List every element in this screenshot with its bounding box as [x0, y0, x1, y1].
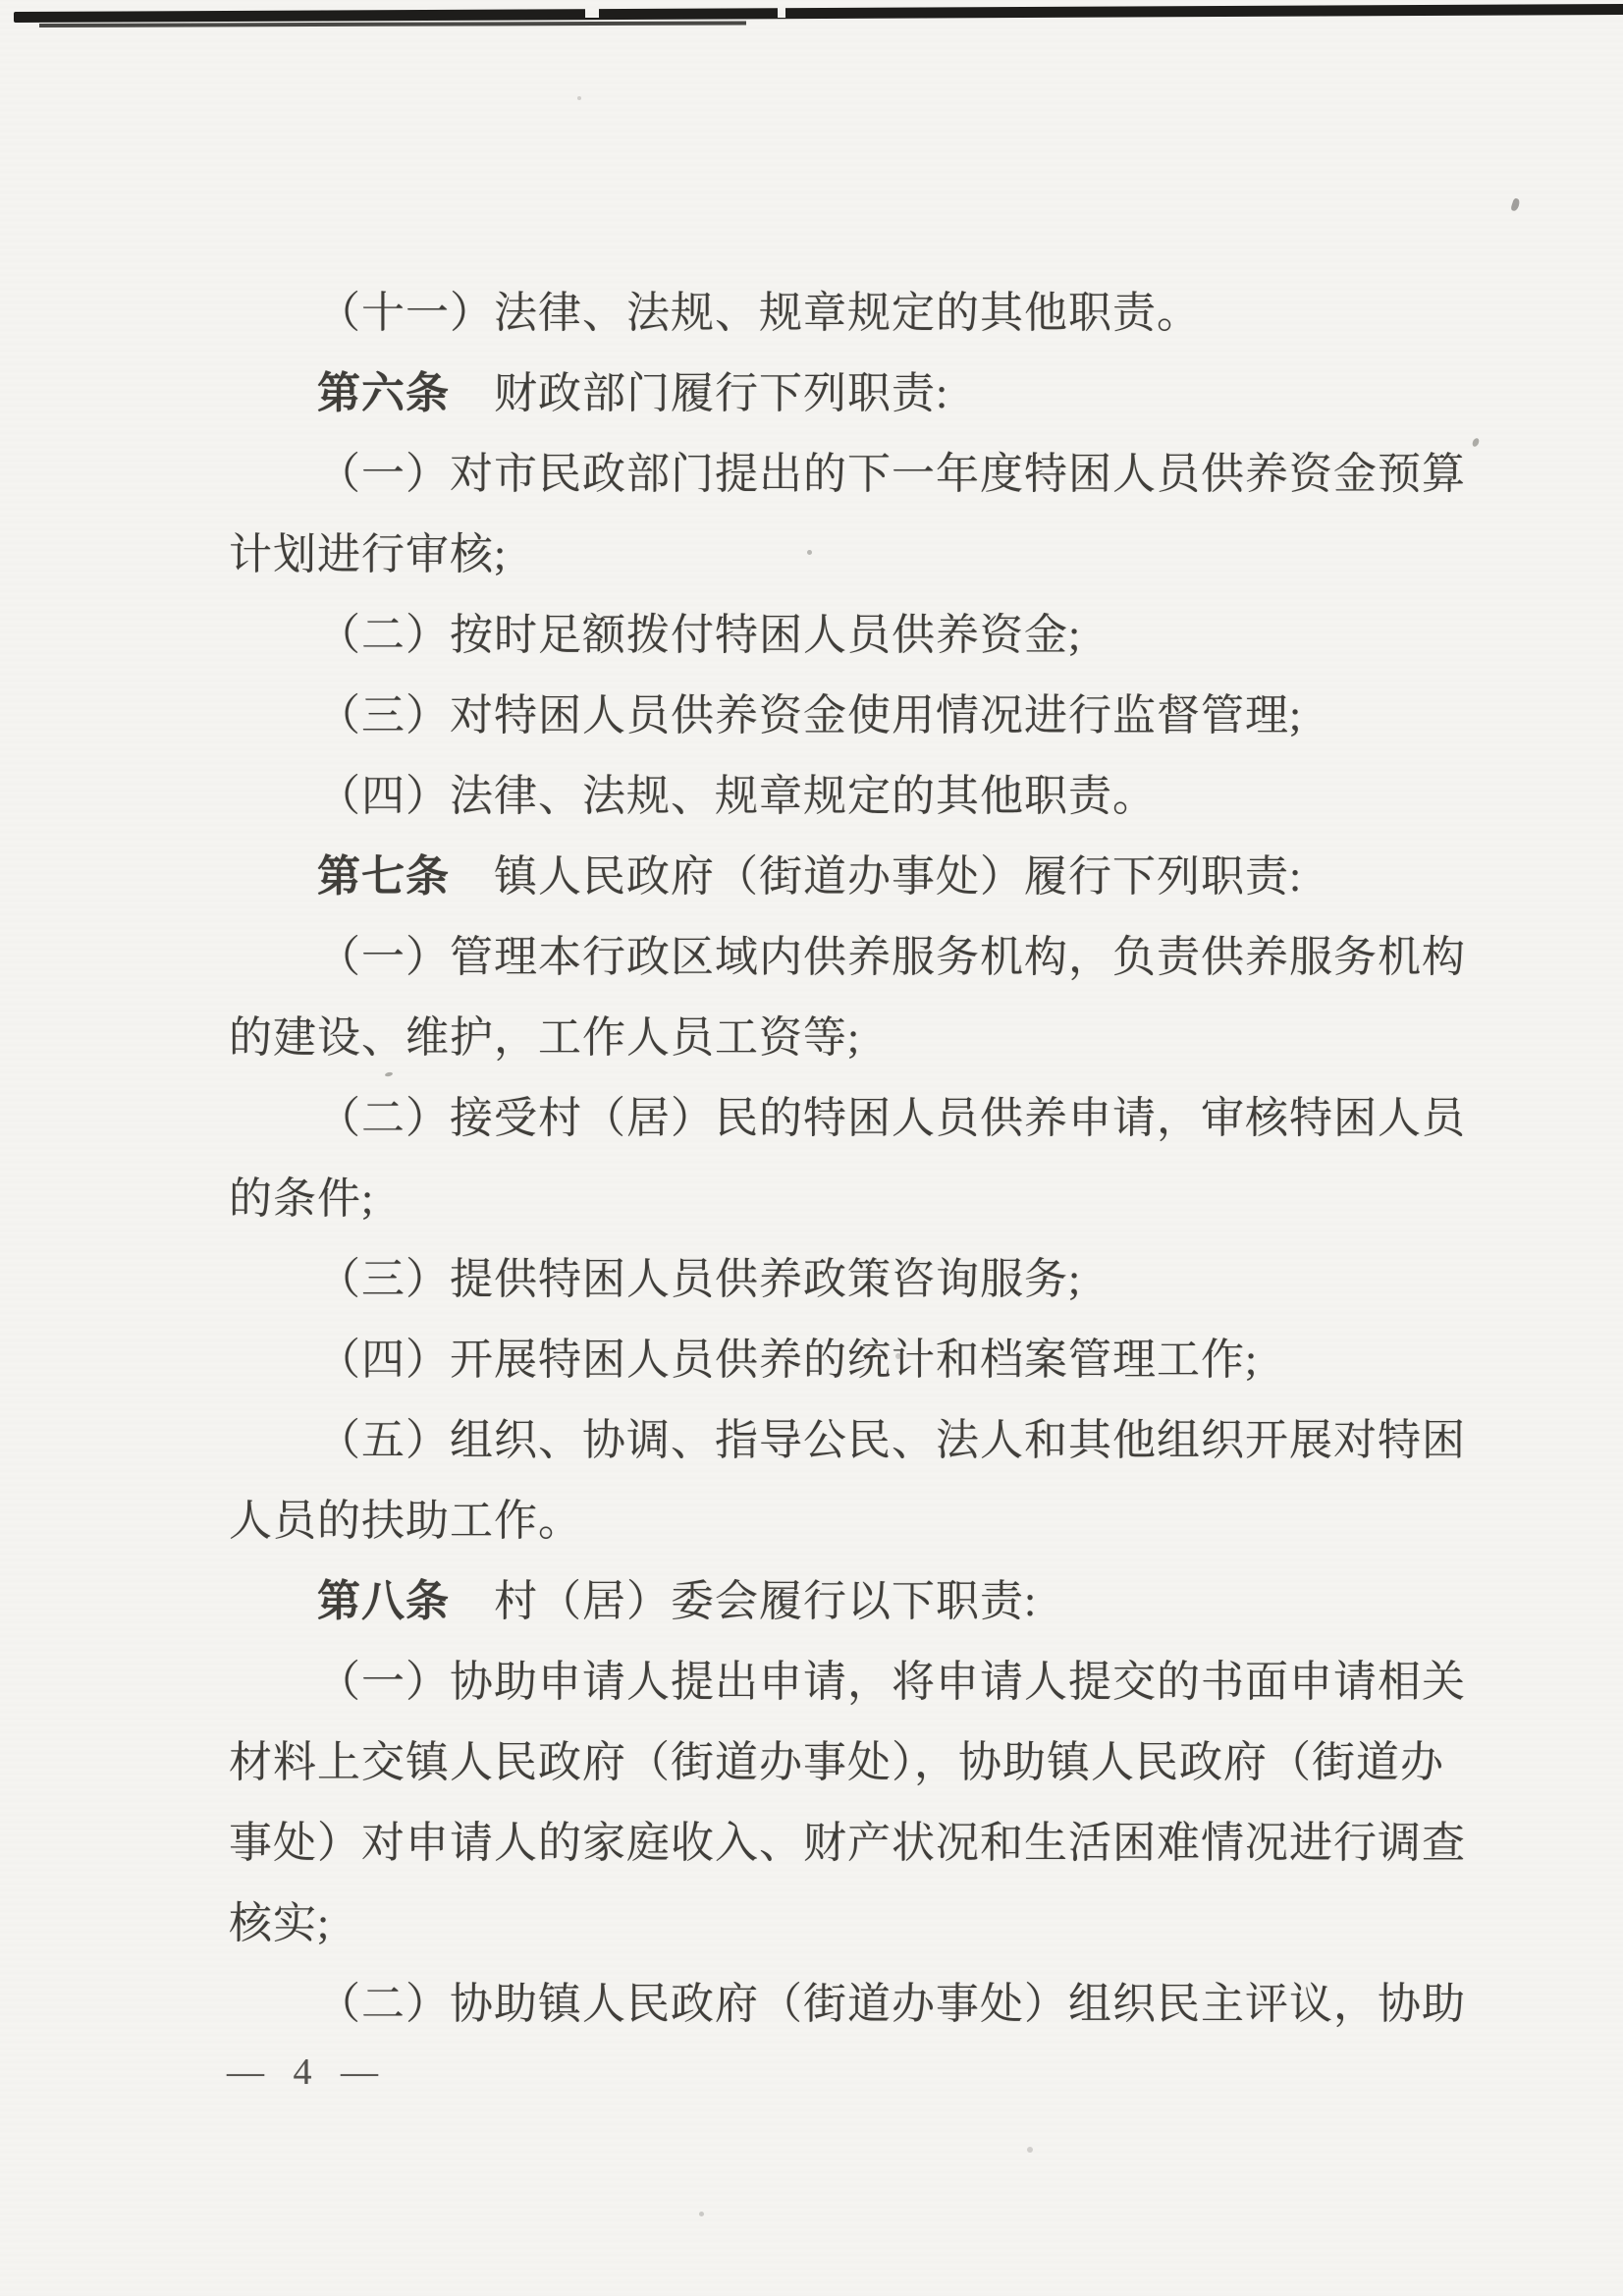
document-line: （二）协助镇人民政府（街道办事处）组织民主评议，协助 [229, 1964, 1505, 2045]
scan-speckle [1027, 2147, 1033, 2153]
document-line: （二）按时足额拨付特困人员供养资金; [229, 595, 1505, 676]
line-text: （一）对市民政部门提出的下一年度特困人员供养资金预算 [317, 450, 1466, 498]
scanned-page: （十一）法律、法规、规章规定的其他职责。第六条 财政部门履行下列职责:（一）对市… [0, 0, 1623, 2296]
scan-speckle [577, 96, 581, 100]
scan-speckle [895, 1353, 901, 1359]
document-line: （三）提供特困人员供养政策咨询服务; [229, 1239, 1505, 1320]
line-text: （一）管理本行政区域内供养服务机构，负责供养服务机构 [317, 933, 1466, 981]
document-line: （一）管理本行政区域内供养服务机构，负责供养服务机构 [229, 917, 1505, 998]
line-text: （一）协助申请人提出申请，将申请人提交的书面申请相关 [317, 1658, 1466, 1706]
article-number-label: 第八条 [317, 1577, 450, 1625]
document-line: 人员的扶助工作。 [229, 1481, 1505, 1561]
line-text: 材料上交镇人民政府（街道办事处），协助镇人民政府（街道办 [229, 1738, 1444, 1786]
document-line: 事处）对申请人的家庭收入、财产状况和生活困难情况进行调查 [229, 1803, 1505, 1884]
line-text: （四）法律、法规、规章规定的其他职责。 [317, 772, 1157, 820]
document-line: （二）接受村（居）民的特困人员供养申请，审核特困人员 [229, 1078, 1505, 1159]
document-line: 的条件; [229, 1159, 1505, 1239]
line-text: （四）开展特困人员供养的统计和档案管理工作; [317, 1336, 1258, 1384]
document-line: 第六条 财政部门履行下列职责: [229, 354, 1505, 434]
article-number-label: 第七条 [317, 852, 450, 901]
line-text: 村（居）委会履行以下职责: [450, 1577, 1037, 1625]
line-text: （二）协助镇人民政府（街道办事处）组织民主评议，协助 [317, 1980, 1466, 2028]
document-line: （十一）法律、法规、规章规定的其他职责。 [229, 273, 1505, 354]
document-line: （四）法律、法规、规章规定的其他职责。 [229, 756, 1505, 837]
document-line: （四）开展特困人员供养的统计和档案管理工作; [229, 1320, 1505, 1400]
line-text: 人员的扶助工作。 [229, 1497, 582, 1545]
line-text: 的条件; [229, 1175, 374, 1223]
article-number-label: 第六条 [317, 369, 450, 417]
scan-edge-artifact [14, 4, 1623, 23]
document-line: 第七条 镇人民政府（街道办事处）履行下列职责: [229, 837, 1505, 917]
page-number: — 4 — [227, 2050, 388, 2094]
scan-edge-artifact [39, 21, 746, 27]
document-line: 计划进行审核; [229, 515, 1505, 595]
document-line: 材料上交镇人民政府（街道办事处），协助镇人民政府（街道办 [229, 1722, 1505, 1803]
line-text: 镇人民政府（街道办事处）履行下列职责: [450, 852, 1302, 901]
document-line: 的建设、维护，工作人员工资等; [229, 998, 1505, 1078]
document-line: （一）对市民政部门提出的下一年度特困人员供养资金预算 [229, 434, 1505, 515]
line-text: 核实; [229, 1899, 330, 1947]
document-body: （十一）法律、法规、规章规定的其他职责。第六条 财政部门履行下列职责:（一）对市… [229, 273, 1505, 2045]
scan-edge-gap [778, 8, 785, 18]
scan-speckle [1510, 197, 1521, 212]
scan-speckle [807, 550, 812, 555]
line-text: （十一）法律、法规、规章规定的其他职责。 [317, 289, 1201, 337]
document-line: （一）协助申请人提出申请，将申请人提交的书面申请相关 [229, 1642, 1505, 1722]
line-text: （二）按时足额拨付特困人员供养资金; [317, 611, 1081, 659]
line-text: 计划进行审核; [229, 530, 507, 578]
line-text: （三）对特困人员供养资金使用情况进行监督管理; [317, 691, 1302, 739]
document-line: 核实; [229, 1884, 1505, 1964]
scan-speckle [699, 2212, 704, 2216]
scan-edge-gap [585, 8, 599, 18]
document-line: 第八条 村（居）委会履行以下职责: [229, 1561, 1505, 1642]
line-text: 事处）对申请人的家庭收入、财产状况和生活困难情况进行调查 [229, 1819, 1466, 1867]
line-text: （三）提供特困人员供养政策咨询服务; [317, 1255, 1081, 1303]
line-text: 的建设、维护，工作人员工资等; [229, 1013, 860, 1062]
line-text: （二）接受村（居）民的特困人员供养申请，审核特困人员 [317, 1094, 1466, 1142]
document-line: （三）对特困人员供养资金使用情况进行监督管理; [229, 676, 1505, 756]
line-text: 财政部门履行下列职责: [450, 369, 948, 417]
line-text: （五）组织、协调、指导公民、法人和其他组织开展对特困 [317, 1416, 1466, 1464]
document-line: （五）组织、协调、指导公民、法人和其他组织开展对特困 [229, 1400, 1505, 1481]
